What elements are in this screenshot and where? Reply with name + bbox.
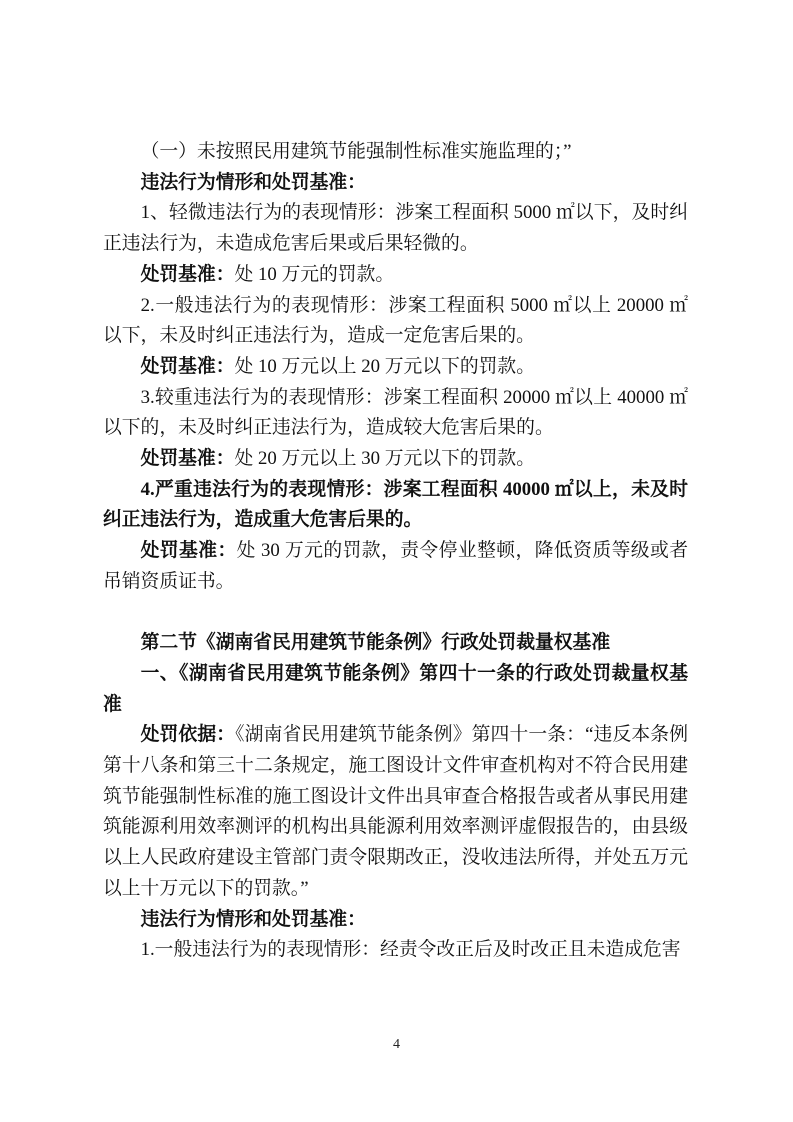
section-heading-label: 第二节《湖南省民用建筑节能条例》行政处罚裁量权基准: [141, 632, 611, 653]
heading-label: 违法行为情形和处罚基准：: [141, 909, 366, 930]
violation-standards-heading: 违法行为情形和处罚基准：: [103, 905, 688, 936]
paragraph-text: 3.较重违法行为的表现情形：涉案工程面积 20000 ㎡以上 40000 ㎡以下…: [103, 387, 688, 439]
penalty-basis-label: 处罚依据：: [141, 724, 236, 745]
penalty-basis-text: 《湖南省民用建筑节能条例》第四十一条：“违反本条例第十八条和第三十二条规定，施工…: [103, 724, 688, 899]
penalty-text: 处 20 万元以上 30 万元以下的罚款。: [235, 448, 536, 469]
heading-label: 违法行为情形和处罚基准：: [141, 172, 366, 193]
page-number: 4: [0, 1035, 793, 1055]
clause-item: （一）未按照民用建筑节能强制性标准实施监理的；”: [103, 137, 688, 168]
penalty-standard-paragraph: 处罚基准：处 10 万元以上 20 万元以下的罚款。: [103, 352, 688, 383]
article-heading-label: 一、《湖南省民用建筑节能条例》第四十一条的行政处罚裁量权基准: [103, 663, 688, 715]
penalty-standard-paragraph: 处罚基准：处 10 万元的罚款。: [103, 260, 688, 291]
clause-text: （一）未按照民用建筑节能强制性标准实施监理的；”: [141, 141, 572, 162]
paragraph-lead: 4.严重违法行为的表现情形：涉案工程面积 40000 ㎡以上，未及时纠正违法行为…: [103, 479, 688, 531]
penalty-standard-paragraph: 处罚基准：处 30 万元的罚款，责令停业整顿，降低资质等级或者吊销资质证书。: [103, 536, 688, 597]
penalty-label: 处罚基准：: [141, 356, 235, 377]
paragraph-text: 1.一般违法行为的表现情形：经责令改正后及时改正且未造成危害: [141, 939, 681, 960]
document-page: （一）未按照民用建筑节能强制性标准实施监理的；” 违法行为情形和处罚基准： 1、…: [0, 0, 793, 1122]
penalty-standard-paragraph: 处罚基准：处 20 万元以上 30 万元以下的罚款。: [103, 444, 688, 475]
serious-violation-paragraph: 3.较重违法行为的表现情形：涉案工程面积 20000 ㎡以上 40000 ㎡以下…: [103, 383, 688, 444]
general-violation-paragraph: 1.一般违法行为的表现情形：经责令改正后及时改正且未造成危害: [103, 935, 688, 966]
paragraph-text: 1、轻微违法行为的表现情形：涉案工程面积 5000 ㎡以下，及时纠正违法行为，未…: [103, 202, 688, 254]
penalty-basis-paragraph: 处罚依据：《湖南省民用建筑节能条例》第四十一条：“违反本条例第十八条和第三十二条…: [103, 720, 688, 904]
paragraph-text: 2.一般违法行为的表现情形：涉案工程面积 5000 ㎡以上 20000 ㎡以下，…: [103, 295, 688, 347]
penalty-text: 处 10 万元以上 20 万元以下的罚款。: [235, 356, 536, 377]
document-body: （一）未按照民用建筑节能强制性标准实施监理的；” 违法行为情形和处罚基准： 1、…: [103, 137, 688, 966]
minor-violation-paragraph: 1、轻微违法行为的表现情形：涉案工程面积 5000 ㎡以下，及时纠正违法行为，未…: [103, 198, 688, 259]
blank-line: [103, 598, 688, 629]
penalty-label: 处罚基准：: [141, 448, 235, 469]
general-violation-paragraph: 2.一般违法行为的表现情形：涉案工程面积 5000 ㎡以上 20000 ㎡以下，…: [103, 291, 688, 352]
penalty-label: 处罚基准：: [141, 540, 237, 561]
penalty-label: 处罚基准：: [141, 264, 235, 285]
severe-violation-paragraph: 4.严重违法行为的表现情形：涉案工程面积 40000 ㎡以上，未及时纠正违法行为…: [103, 475, 688, 536]
section-heading: 第二节《湖南省民用建筑节能条例》行政处罚裁量权基准: [103, 628, 688, 659]
article-41-heading: 一、《湖南省民用建筑节能条例》第四十一条的行政处罚裁量权基准: [103, 659, 688, 720]
violation-standards-heading: 违法行为情形和处罚基准：: [103, 168, 688, 199]
penalty-text: 处 10 万元的罚款。: [235, 264, 395, 285]
